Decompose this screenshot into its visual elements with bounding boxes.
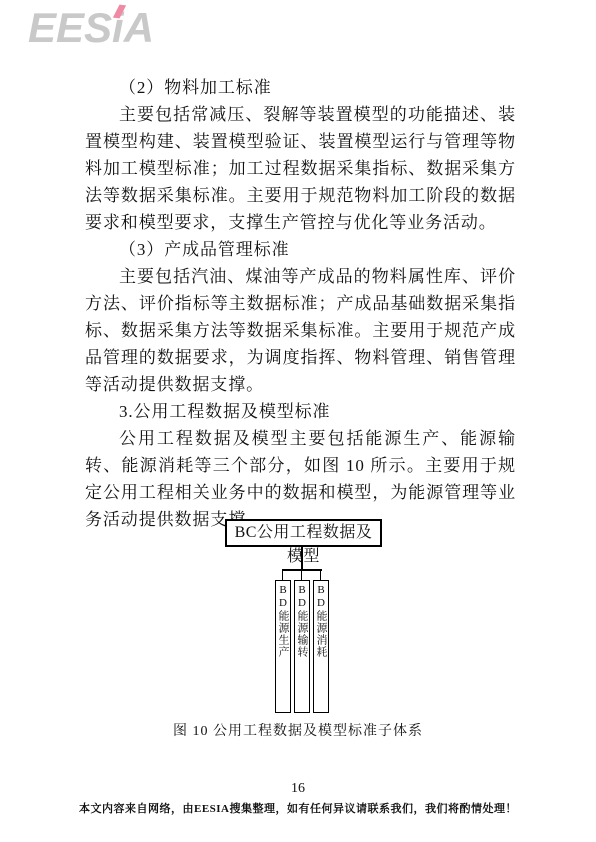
leaf-label: BD能源消耗 (314, 581, 328, 712)
leaf-label: BD能源输转 (295, 581, 309, 712)
connector-stub-2 (301, 570, 302, 580)
diagram-root-node: BC公用工程数据及模型 (225, 519, 382, 547)
heading-material-processing: （2）物料加工标准 (85, 74, 516, 101)
connector-horizontal (282, 569, 322, 571)
footer-disclaimer: 本文内容来自网络，由EESIA搜集整理，如有任何异议请联系我们，我们将酌情处理！ (0, 800, 596, 816)
diagram-leaf-energy-transfer: BD能源输转 (294, 580, 310, 713)
diagram-leaf-energy-consumption: BD能源消耗 (313, 580, 329, 713)
connector-stub-1 (282, 570, 283, 580)
document-page: EESiA （2）物料加工标准 主要包括常减压、裂解等装置模型的功能描述、装置模… (0, 0, 596, 842)
page-number: 16 (0, 781, 596, 797)
connector-stub-3 (320, 570, 321, 580)
figure-10-diagram: BC公用工程数据及模型 BD能源生产 BD能源输转 BD能源消耗 图 10 公用… (0, 516, 596, 726)
connector-root-vertical (301, 545, 303, 569)
leaf-label: BD能源生产 (276, 581, 290, 712)
figure-caption: 图 10 公用工程数据及模型标准子体系 (0, 720, 596, 740)
eesia-logo-text: EESiA (28, 4, 178, 52)
eesia-logo: EESiA (28, 4, 178, 56)
diagram-leaf-energy-production: BD能源生产 (275, 580, 291, 713)
heading-utility-standards: 3.公用工程数据及模型标准 (85, 398, 516, 425)
paragraph-material-processing: 主要包括常减压、裂解等装置模型的功能描述、装置模型构建、装置模型验证、装置模型运… (85, 101, 516, 236)
heading-finished-products: （3）产成品管理标准 (85, 236, 516, 263)
paragraph-finished-products: 主要包括汽油、煤油等产成品的物料属性库、评价方法、评价指标等主数据标准；产成品基… (85, 263, 516, 398)
body-text: （2）物料加工标准 主要包括常减压、裂解等装置模型的功能描述、装置模型构建、装置… (85, 74, 516, 533)
